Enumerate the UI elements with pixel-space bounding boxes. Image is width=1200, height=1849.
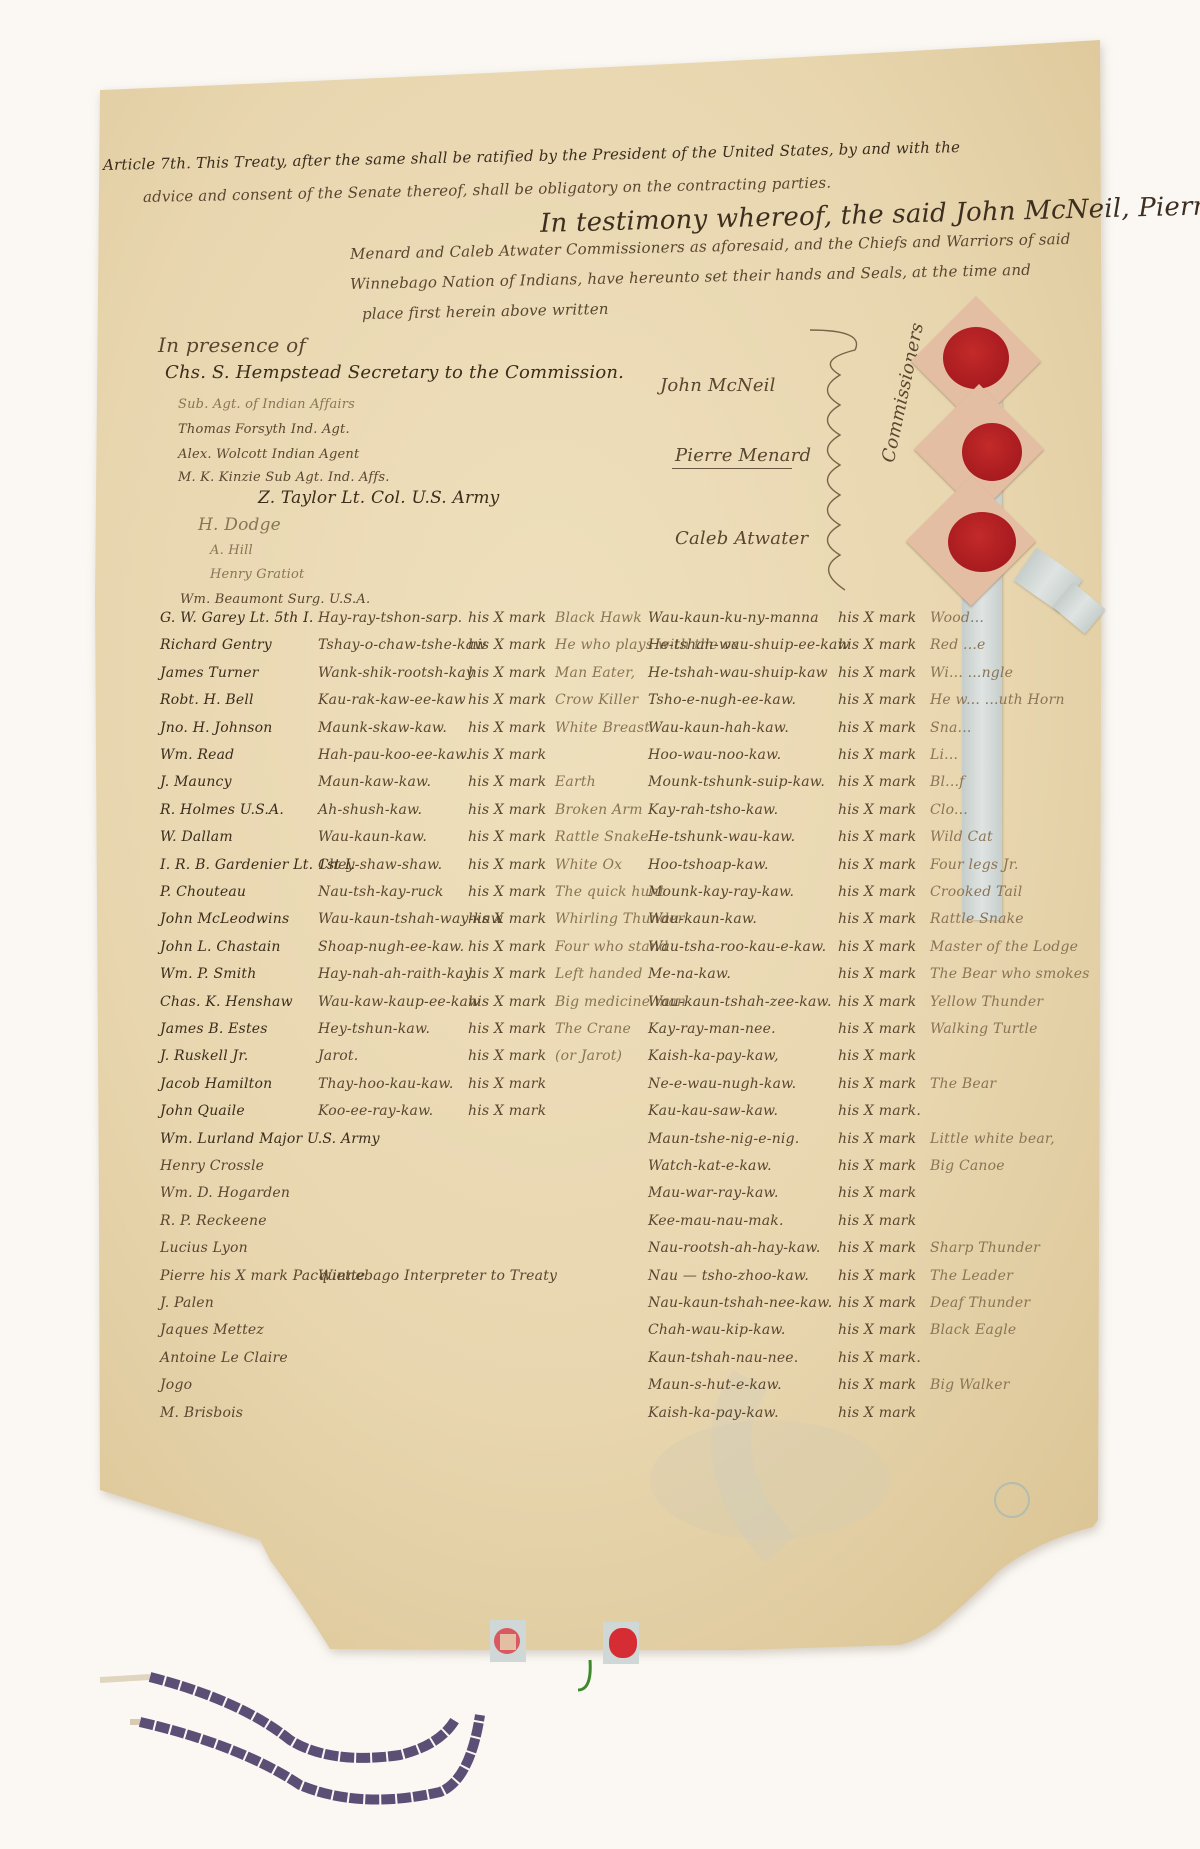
wampum-cords — [0, 0, 1200, 1849]
